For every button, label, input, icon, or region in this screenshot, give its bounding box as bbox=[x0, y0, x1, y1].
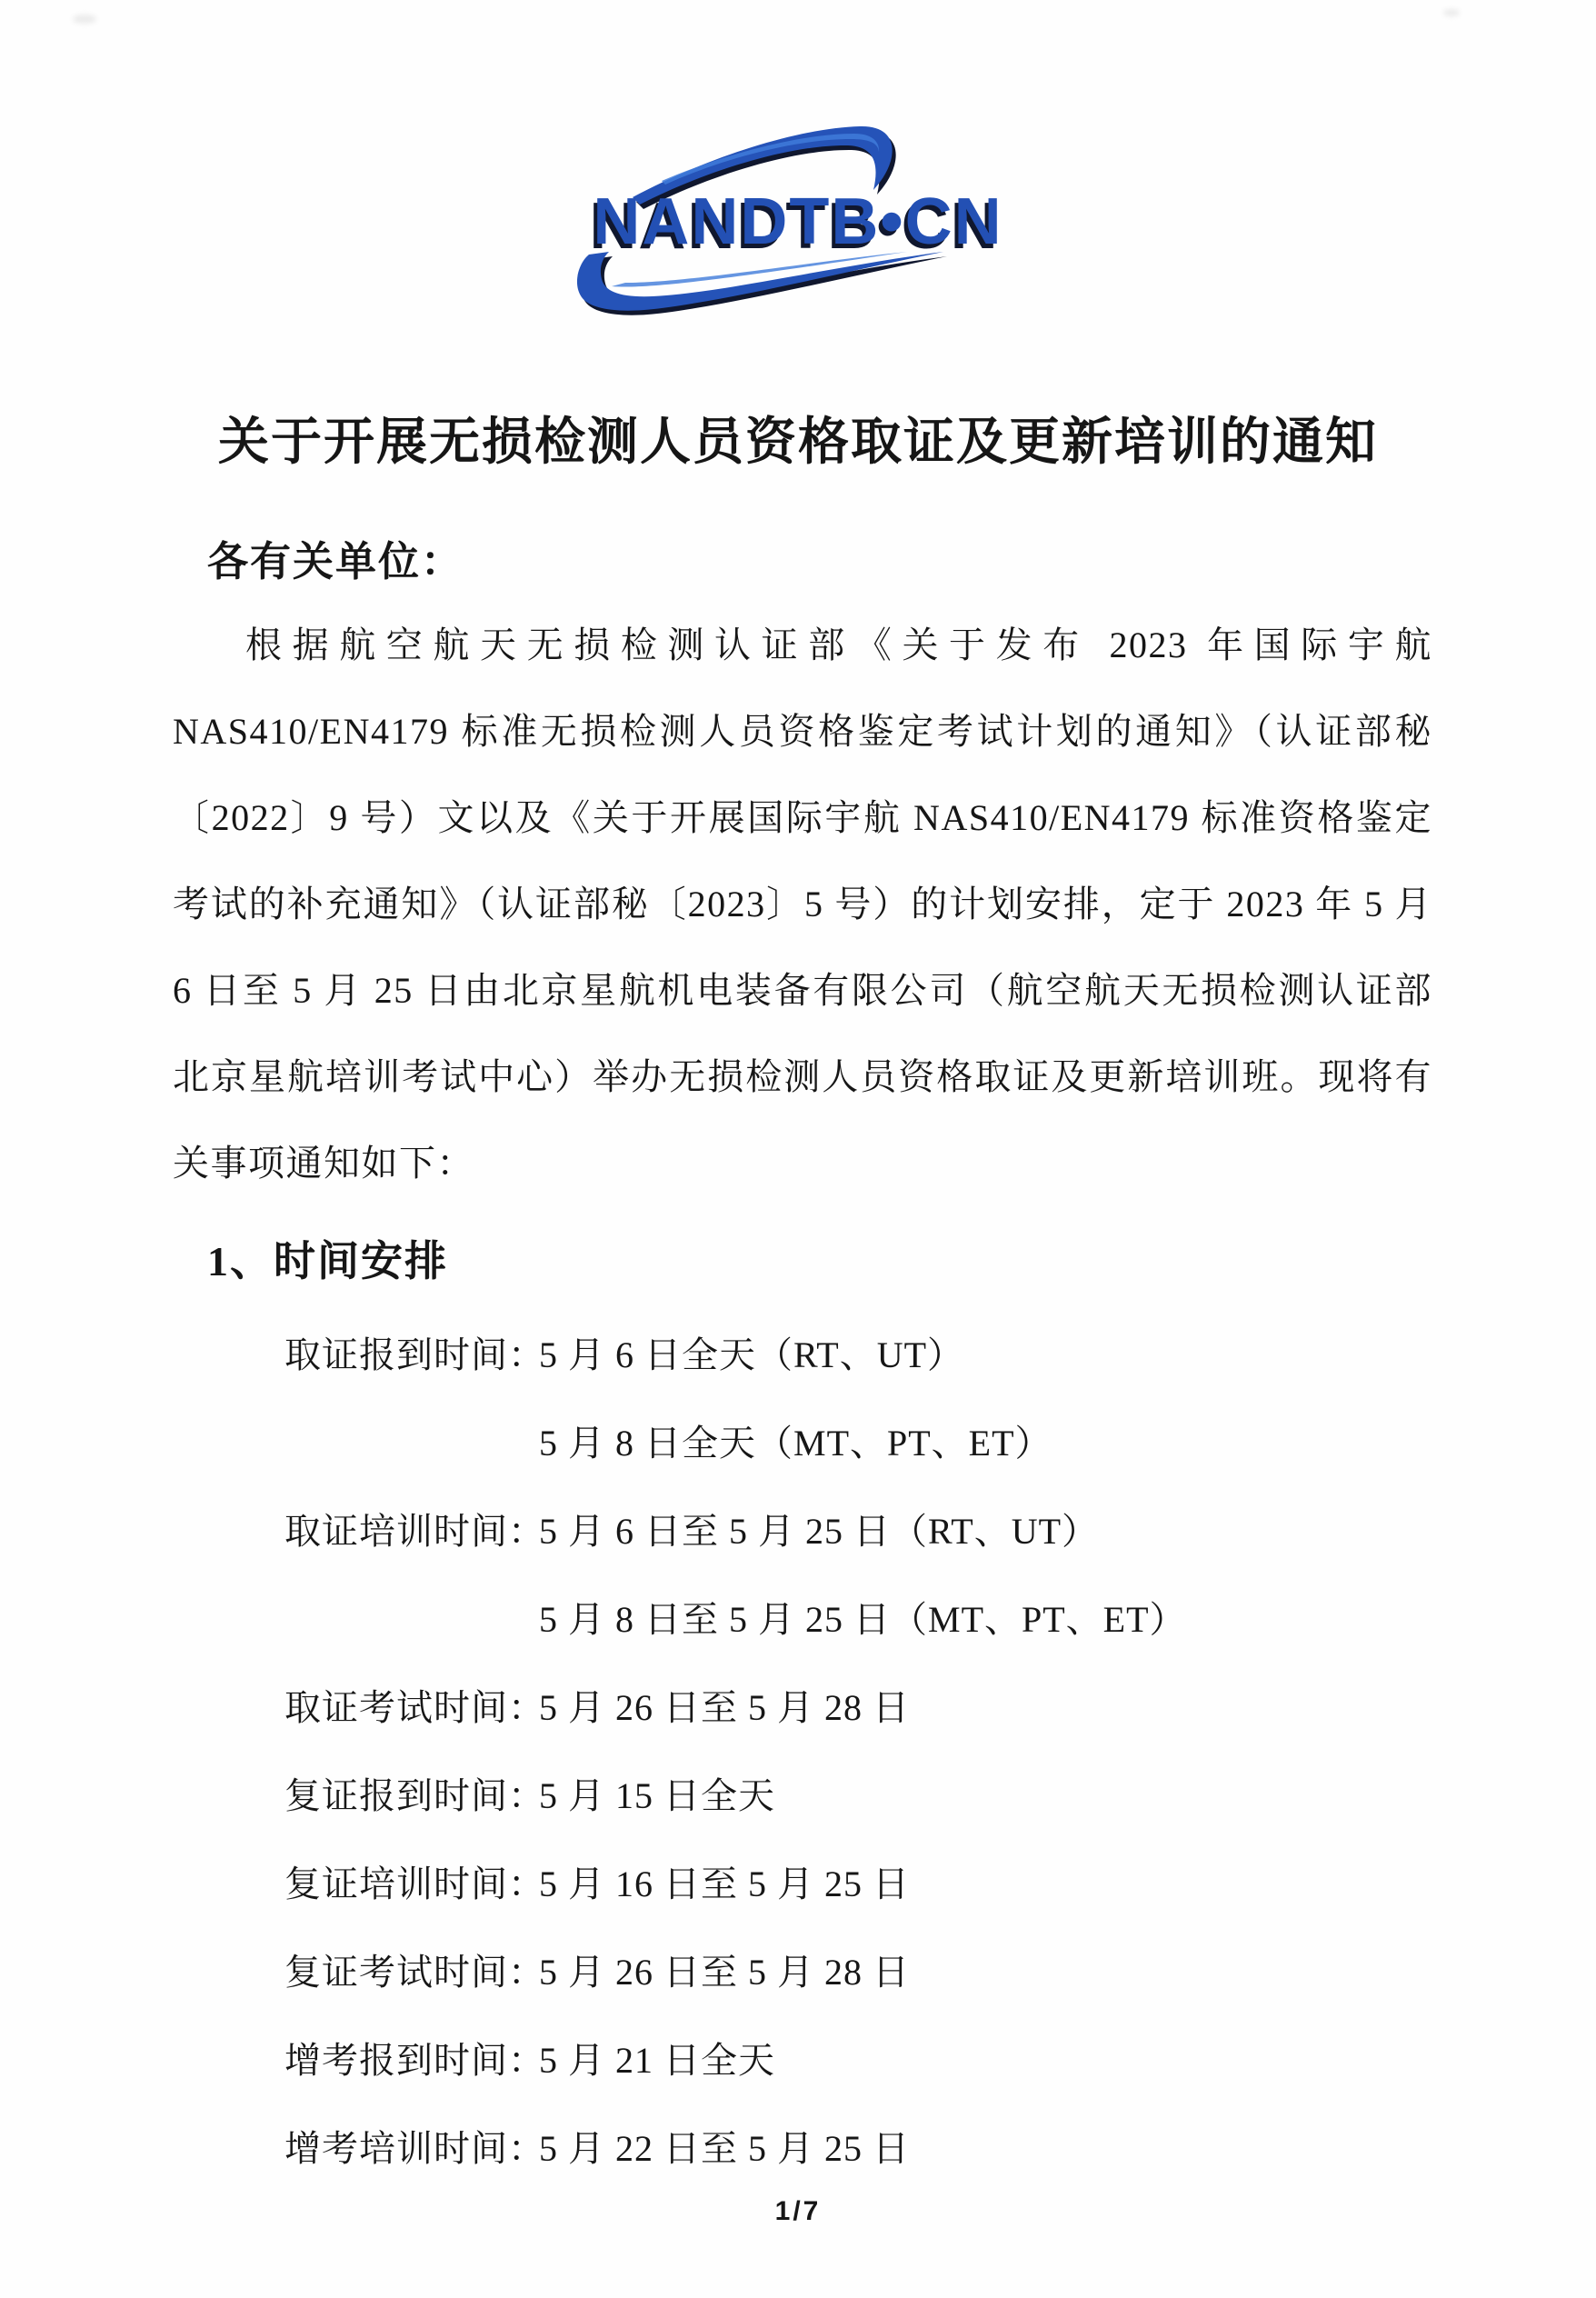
schedule-item-value: 5 月 21 日全天 bbox=[539, 2040, 775, 2081]
logo-text: NANDTB•CN bbox=[525, 185, 1071, 259]
schedule-item-qz-baodao-cont: 5 月 8 日全天（MT、PT、ET） bbox=[284, 1399, 1487, 1487]
schedule-item-value: 5 月 15 日全天 bbox=[539, 1775, 775, 1816]
schedule-item-value: 5 月 26 日至 5 月 28 日 bbox=[539, 1687, 910, 1728]
schedule-item-label: 复证考试时间： bbox=[284, 1928, 539, 2016]
schedule-item-value: 5 月 8 日全天（MT、PT、ET） bbox=[539, 1423, 1052, 1464]
schedule-item-value: 5 月 22 日至 5 月 25 日 bbox=[539, 2128, 910, 2169]
schedule-item-label: 复证培训时间： bbox=[284, 1840, 539, 1928]
schedule-item-value: 5 月 8 日至 5 月 25 日（MT、PT、ET） bbox=[539, 1599, 1187, 1640]
page-number: 1/7 bbox=[0, 2196, 1596, 2227]
page-title: 关于开展无损检测人员资格取证及更新培训的通知 bbox=[0, 405, 1596, 482]
schedule-item-qz-kaoshi: 取证考试时间：5 月 26 日至 5 月 28 日 bbox=[284, 1664, 1487, 1752]
schedule-item-zk-peixun: 增考培训时间：5 月 22 日至 5 月 25 日 bbox=[284, 2104, 1487, 2193]
schedule-item-value: 5 月 16 日至 5 月 25 日 bbox=[539, 1863, 910, 1904]
schedule-item-qz-baodao: 取证报到时间：5 月 6 日全天（RT、UT） bbox=[284, 1311, 1487, 1399]
schedule-item-value: 5 月 6 日至 5 月 25 日（RT、UT） bbox=[539, 1511, 1099, 1552]
schedule-item-label: 取证考试时间： bbox=[284, 1664, 539, 1752]
salutation: 各有关单位： bbox=[207, 535, 1432, 589]
schedule-item-label: 取证报到时间： bbox=[284, 1311, 539, 1399]
schedule-item-fz-kaoshi: 复证考试时间：5 月 26 日至 5 月 28 日 bbox=[284, 1928, 1487, 2016]
schedule-item-zk-baodao: 增考报到时间：5 月 21 日全天 bbox=[284, 2016, 1487, 2104]
intro-paragraph: 根据航空航天无损检测认证部《关于发布 2023 年国际宇航 NAS410/EN4… bbox=[173, 602, 1432, 1206]
schedule-item-label: 复证报到时间： bbox=[284, 1752, 539, 1840]
document-page: NANDTB•CN 关于开展无损检测人员资格取证及更新培训的通知 各有关单位： … bbox=[0, 0, 1596, 2298]
schedule-item-label: 增考报到时间： bbox=[284, 2016, 539, 2104]
schedule-item-fz-peixun: 复证培训时间：5 月 16 日至 5 月 25 日 bbox=[284, 1840, 1487, 1928]
schedule-item-fz-baodao: 复证报到时间：5 月 15 日全天 bbox=[284, 1752, 1487, 1840]
schedule-item-qz-peixun: 取证培训时间：5 月 6 日至 5 月 25 日（RT、UT） bbox=[284, 1487, 1487, 1575]
scan-artifact bbox=[73, 15, 96, 24]
schedule-item-qz-peixun-cont: 5 月 8 日至 5 月 25 日（MT、PT、ET） bbox=[284, 1575, 1487, 1664]
schedule-list: 取证报到时间：5 月 6 日全天（RT、UT） 5 月 8 日全天（MT、PT、… bbox=[284, 1311, 1487, 2193]
schedule-item-value: 5 月 26 日至 5 月 28 日 bbox=[539, 1952, 910, 1993]
schedule-item-label: 增考培训时间： bbox=[284, 2104, 539, 2193]
section-1-heading: 1、时间安排 bbox=[207, 1232, 1432, 1291]
nandtb-logo: NANDTB•CN bbox=[525, 114, 1071, 327]
schedule-item-label: 取证培训时间： bbox=[284, 1487, 539, 1575]
schedule-item-value: 5 月 6 日全天（RT、UT） bbox=[539, 1334, 964, 1375]
scan-artifact bbox=[1443, 9, 1460, 16]
